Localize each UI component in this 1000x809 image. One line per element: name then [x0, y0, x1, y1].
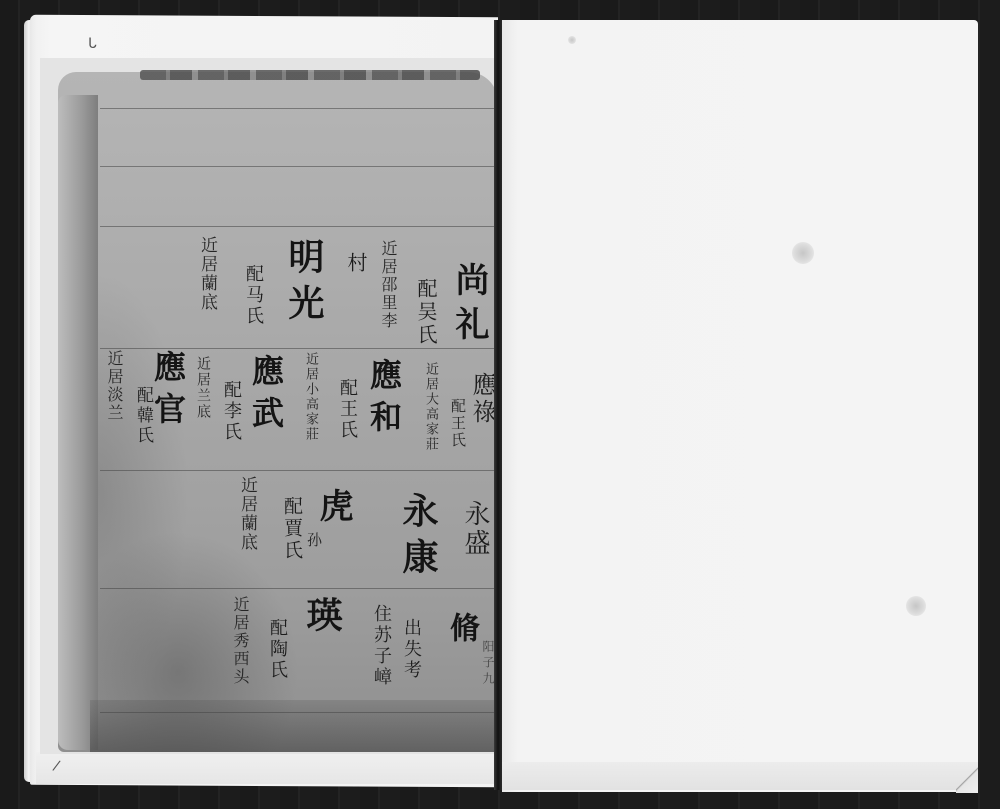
- entry-spouse: 配陶氏: [268, 618, 286, 681]
- entry-note: 出失考: [402, 618, 420, 681]
- book-gutter: [494, 20, 502, 790]
- entry-name-yingwu: 應武: [250, 354, 282, 438]
- entry-extra: 孙: [306, 532, 321, 549]
- ruled-line: [100, 712, 495, 713]
- left-page-bottom-margin: [36, 752, 498, 784]
- entry-residence: 近居蘭底: [198, 236, 215, 312]
- manuscript-torn-edge: [140, 70, 480, 80]
- entry-spouse: 配吴氏: [416, 278, 436, 347]
- entry-spouse: 配賈氏: [282, 496, 301, 562]
- manuscript-fold: [58, 95, 98, 750]
- entry-residence: 近居蘭底: [238, 476, 255, 552]
- entry-spouse: 配王氏: [450, 398, 465, 449]
- entry-name-yinghe: 應和: [368, 358, 400, 442]
- entry-spouse: 配韓氏: [134, 386, 151, 446]
- edge-text: 阳子九: [482, 640, 494, 688]
- entry-residence: 近居兰底: [196, 356, 210, 420]
- entry-residence: 近居秀西头: [232, 596, 248, 686]
- entry-name-hu: 虎: [316, 488, 350, 532]
- ruled-line: [100, 108, 495, 109]
- entry-name-yingguan: 應官: [152, 350, 184, 434]
- entry-spouse: 配李氏: [222, 380, 240, 443]
- ruled-line: [100, 588, 495, 589]
- ruled-line: [100, 226, 495, 227]
- entry-residence: 近居小高家莊: [304, 352, 317, 442]
- entry-name-xiu: 脩: [446, 612, 476, 652]
- entry-village: 村: [346, 252, 366, 275]
- ruled-line: [100, 470, 495, 471]
- entry-spouse: 配王氏: [338, 378, 356, 441]
- pencil-mark-top: ᒐ: [88, 36, 97, 52]
- right-page-blank: [502, 20, 978, 792]
- right-page-bottom-margin: [502, 762, 978, 790]
- entry-name-mingguang: 明光: [286, 238, 322, 330]
- manuscript-shadow: [90, 700, 496, 752]
- entry-name-yinglu: 應祿: [470, 372, 494, 426]
- entry-name-yongkang: 永康: [400, 492, 436, 584]
- paper-spot: [792, 242, 814, 264]
- entry-note: 住苏子嶂: [372, 604, 390, 688]
- entry-name-yongsheng: 永盛: [462, 500, 488, 558]
- entry-name-ying: 瑛: [304, 596, 340, 642]
- folded-corner: [956, 763, 978, 793]
- ruled-line: [100, 348, 495, 349]
- entry-name-shangli: 尚礼: [452, 262, 486, 350]
- entry-residence: 近居邵里李: [380, 240, 396, 330]
- paper-spot: [906, 596, 926, 616]
- entry-spouse: 配马氏: [244, 264, 262, 327]
- paper-spot: [568, 36, 576, 44]
- ruled-line: [100, 166, 495, 167]
- entry-residence: 近居淡兰: [106, 350, 122, 422]
- entry-residence: 近居大高家莊: [424, 362, 437, 452]
